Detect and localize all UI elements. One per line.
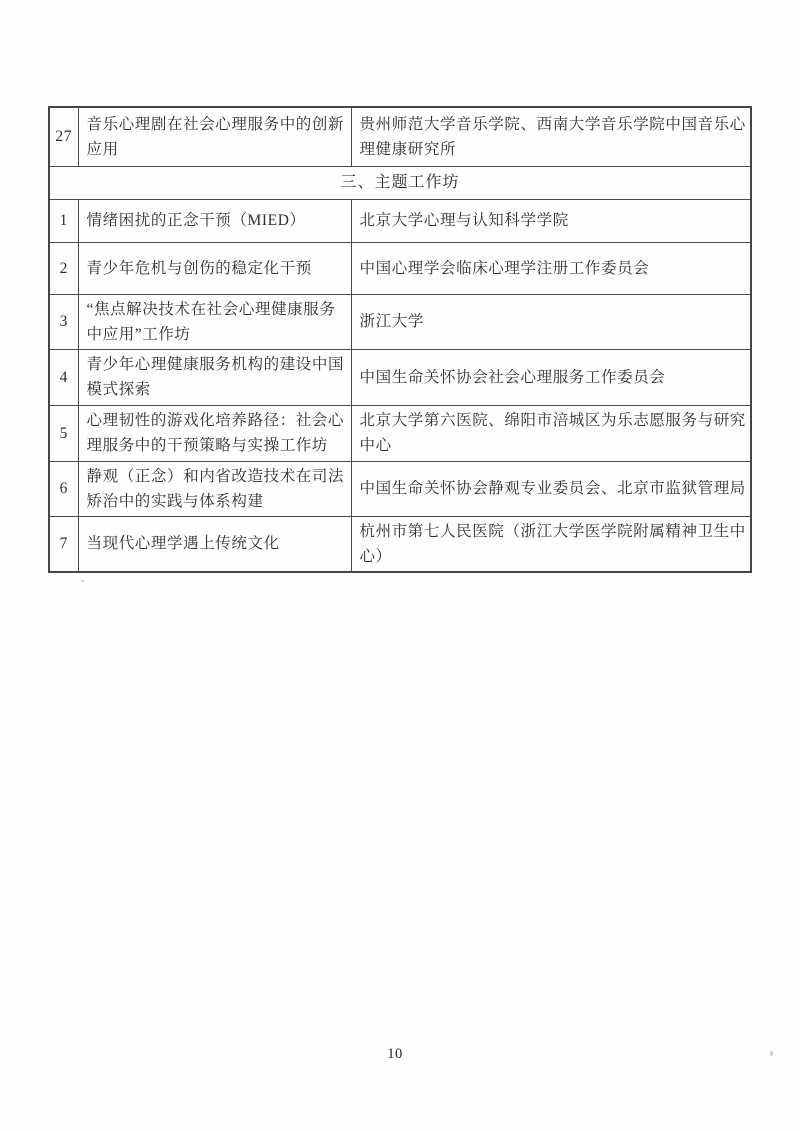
row-organization: 中国心理学会临床心理学注册工作委员会 xyxy=(351,242,751,294)
section-header: 三、主题工作坊 xyxy=(49,166,751,199)
table-row: 5心理韧性的游戏化培养路径：社会心理服务中的干预策略与实操工作坊北京大学第六医院… xyxy=(49,405,751,461)
row-organization: 北京大学心理与认知科学学院 xyxy=(351,199,751,242)
row-title: 当现代心理学遇上传统文化 xyxy=(78,516,351,572)
section-header-row: 三、主题工作坊 xyxy=(49,166,751,199)
row-organization: 北京大学第六医院、绵阳市涪城区为乐志愿服务与研究中心 xyxy=(351,405,751,461)
row-number: 27 xyxy=(49,107,78,166)
row-number: 7 xyxy=(49,516,78,572)
page-number: 10 xyxy=(0,1046,790,1063)
row-title: 音乐心理剧在社会心理服务中的创新应用 xyxy=(78,107,351,166)
table-row: 2青少年危机与创伤的稳定化干预中国心理学会临床心理学注册工作委员会 xyxy=(49,242,751,294)
row-organization: 中国生命关怀协会静观专业委员会、北京市监狱管理局 xyxy=(351,461,751,516)
row-organization: 贵州师范大学音乐学院、西南大学音乐学院中国音乐心理健康研究所 xyxy=(351,107,751,166)
scan-artifact-dot xyxy=(770,1051,773,1056)
table-row: 27音乐心理剧在社会心理服务中的创新应用贵州师范大学音乐学院、西南大学音乐学院中… xyxy=(49,107,751,166)
row-number: 1 xyxy=(49,199,78,242)
row-number: 2 xyxy=(49,242,78,294)
row-title: “焦点解决技术在社会心理健康服务中应用”工作坊 xyxy=(78,294,351,349)
table-row: 1情绪困扰的正念干预（MIED）北京大学心理与认知科学学院 xyxy=(49,199,751,242)
row-organization: 浙江大学 xyxy=(351,294,751,349)
row-number: 6 xyxy=(49,461,78,516)
row-number: 3 xyxy=(49,294,78,349)
table-row: 3“焦点解决技术在社会心理健康服务中应用”工作坊浙江大学 xyxy=(49,294,751,349)
row-title: 静观（正念）和内省改造技术在司法矫治中的实践与体系构建 xyxy=(78,461,351,516)
table-row: 4青少年心理健康服务机构的建设中国模式探索中国生命关怀协会社会心理服务工作委员会 xyxy=(49,349,751,405)
workshop-program-table: 27音乐心理剧在社会心理服务中的创新应用贵州师范大学音乐学院、西南大学音乐学院中… xyxy=(48,106,752,573)
row-title: 情绪困扰的正念干预（MIED） xyxy=(78,199,351,242)
row-title: 青少年危机与创伤的稳定化干预 xyxy=(78,242,351,294)
row-number: 4 xyxy=(49,349,78,405)
row-organization: 中国生命关怀协会社会心理服务工作委员会 xyxy=(351,349,751,405)
table-row: 7当现代心理学遇上传统文化杭州市第七人民医院（浙江大学医学院附属精神卫生中心） xyxy=(49,516,751,572)
row-title: 青少年心理健康服务机构的建设中国模式探索 xyxy=(78,349,351,405)
row-organization: 杭州市第七人民医院（浙江大学医学院附属精神卫生中心） xyxy=(351,516,751,572)
document-page: 27音乐心理剧在社会心理服务中的创新应用贵州师范大学音乐学院、西南大学音乐学院中… xyxy=(0,0,800,1131)
row-title: 心理韧性的游戏化培养路径：社会心理服务中的干预策略与实操工作坊 xyxy=(78,405,351,461)
scan-artifact-dot xyxy=(81,580,84,582)
row-number: 5 xyxy=(49,405,78,461)
table-body: 27音乐心理剧在社会心理服务中的创新应用贵州师范大学音乐学院、西南大学音乐学院中… xyxy=(49,107,751,572)
table-row: 6静观（正念）和内省改造技术在司法矫治中的实践与体系构建中国生命关怀协会静观专业… xyxy=(49,461,751,516)
